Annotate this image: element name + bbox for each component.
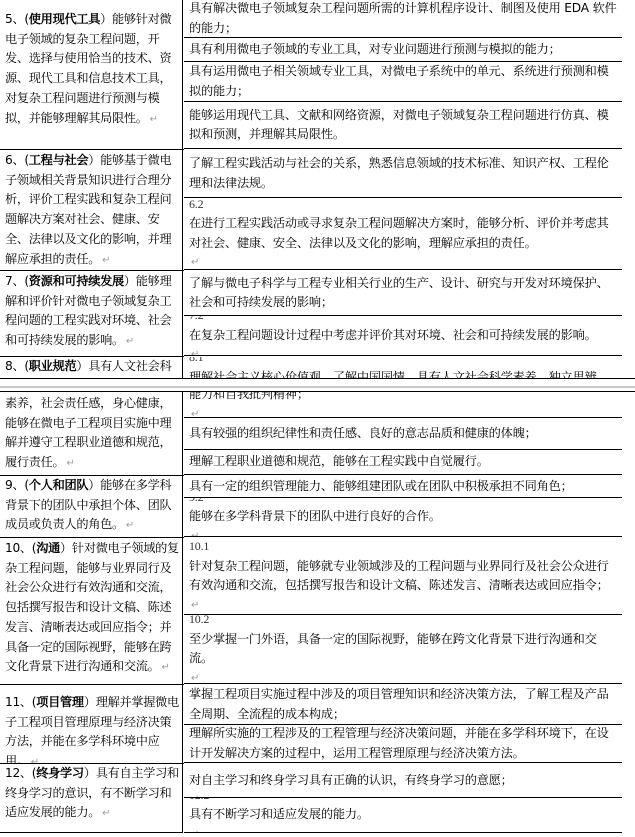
requirement-8-cell-part1: 8、(职业规范）具有人文社会科学 — [0, 357, 183, 378]
indicator-11-2: 11.2 理解所实施的工程涉及的工程管理与经济决策问题，并能在多学科环境下，在设… — [184, 725, 622, 763]
paragraph-mark-icon: ↵ — [126, 520, 134, 531]
indicator-text: 了解与微电子科学与工程专业相关行业的生产、设计、研究与开发对环境保护、社会和可持… — [189, 274, 619, 313]
paragraph-mark-icon: ↵ — [150, 114, 158, 125]
indicator-number: 8.1 — [189, 357, 597, 368]
indicator-text: 能力和自我批判精神； — [189, 392, 309, 405]
indicator-text: 对自主学习和终身学习具有正确的认识，有终身学习的意愿； — [189, 771, 513, 791]
indicator-text: 了解工程实践活动与社会的关系，熟悉信息领域的技术标准、知识产权、工程伦理和法律法… — [189, 154, 619, 193]
paragraph-mark-icon: ↵ — [191, 145, 619, 150]
requirement-text: ）能够针对微电子领域的复杂工程问题，开发、选择与使用恰当的技术、资源、现代工具和… — [5, 12, 171, 125]
indicator-text: 具有解决微电子领域复杂工程问题所需的计算机程序设计、制图及使用 EDA 软件的能… — [189, 0, 619, 38]
paragraph-mark-icon: ↵ — [191, 790, 513, 798]
paragraph-mark-icon: ↵ — [102, 808, 110, 819]
paragraph-mark-icon: ↵ — [191, 472, 489, 475]
paragraph-mark-icon: ↵ — [191, 345, 597, 356]
requirement-11-cell: 11、(项目管理）理解并掌握微电子工程项目管理原理与经济决策方法，并能在多学科环… — [0, 685, 183, 763]
requirement-title: 终身学习 — [36, 766, 84, 780]
indicator-9-2: 9.2 能够在多学科背景下的团队中进行良好的合作。↵ — [184, 498, 622, 537]
page-break-divider — [0, 386, 635, 388]
requirement-7-cell: 7、(资源和可持续发展）能够理解和评价针对微电子领域复杂工程问题的工程实践对环境… — [0, 271, 183, 356]
indicator-text: 具有利用微电子领域的专业工具，对专业问题进行预测与模拟的能力； — [189, 40, 561, 60]
indicator-text: 能够在多学科背景下的团队中进行良好的合作。 — [189, 507, 441, 527]
page-bottom-border — [0, 378, 635, 379]
indicator-8-3: 8.3 理解工程职业道德和规范，能够在工程实践中自觉履行。↵ — [184, 450, 622, 475]
requirement-text: 素养，社会责任感，身心健康，能够在微电子工程项目实施中理解并遵守工程职业道德和规… — [5, 396, 171, 469]
paragraph-mark-icon: ↵ — [191, 405, 309, 419]
indicator-number: 10.2 — [189, 615, 619, 630]
requirement-prefix: 8、( — [5, 359, 29, 373]
requirement-prefix: 5、( — [5, 12, 29, 26]
indicator-text: 具有不断学习和适应发展的能力。 — [189, 805, 369, 825]
requirement-5-cell: 5、(使用现代工具）能够针对微电子领域的复杂工程问题，开发、选择与使用恰当的技术… — [0, 0, 183, 149]
requirement-title: 使用现代工具 — [29, 12, 100, 26]
indicator-number: 9.2 — [189, 498, 441, 507]
paragraph-mark-icon: ↵ — [126, 336, 134, 347]
indicator-number: 6.2 — [189, 198, 619, 214]
indicator-text: 理解社会主义核心价值观，了解中国国情，具有人文社会科学素养、独立思辨 — [189, 368, 597, 379]
indicator-12-2: 12.2 具有不断学习和适应发展的能力。↵ — [184, 798, 622, 833]
indicator-number: 7.2 — [189, 316, 597, 326]
indicator-5-3: 5.3 具有运用微电子相关领域专业工具，对微电子系统中的单元、系统进行预测和模拟… — [184, 62, 622, 102]
paragraph-mark-icon: ↵ — [162, 662, 170, 673]
indicator-text: 具有一定的组织管理能力、能够组建团队或在团队中积极承担不同角色； — [189, 477, 573, 497]
requirement-prefix: 12、( — [5, 766, 36, 780]
requirement-prefix: 6、( — [5, 153, 29, 167]
indicator-text: 掌握工程项目实施过程中涉及的项目管理知识和经济决策方法，了解工程及产品全周期、全… — [189, 685, 619, 724]
indicator-10-1: 10.1 针对复杂工程问题，能够就专业领域涉及的工程问题与业界同行及社会公众进行… — [184, 538, 622, 615]
indicator-10-2: 10.2 至少掌握一门外语，具备一定的国际视野，能够在跨文化背景下进行沟通和交流… — [184, 615, 622, 684]
requirement-prefix: 9、( — [5, 478, 29, 492]
indicator-text: 在进行工程实践活动或寻求复杂工程问题解决方案时，能够分析、评价并考虑其对社会、健… — [189, 214, 619, 253]
requirement-title: 资源和可持续发展 — [29, 274, 124, 288]
indicator-text: 在复杂工程问题设计过程中考虑并评价其对环境、社会和可持续发展的影响。 — [189, 326, 597, 346]
indicator-5-4: 5.4 能够运用现代工具、文献和网络资源，对微电子领域复杂工程问题进行仿真、模拟… — [184, 102, 622, 149]
indicator-7-2: 7.2 在复杂工程问题设计过程中考虑并评价其对环境、社会和可持续发展的影响。↵ — [184, 316, 622, 356]
requirement-title: 项目管理 — [36, 695, 84, 709]
indicator-6-1: 6.1 了解工程实践活动与社会的关系，熟悉信息领域的技术标准、知识产权、工程伦理… — [184, 150, 622, 198]
paragraph-mark-icon: ↵ — [66, 458, 74, 469]
indicator-9-1: 9.1 具有一定的组织管理能力、能够组建团队或在团队中积极承担不同角色；↵ — [184, 476, 622, 498]
indicator-text: 理解工程职业道德和规范，能够在工程实践中自觉履行。 — [189, 452, 489, 472]
indicator-11-1: 11.1 掌握工程项目实施过程中涉及的项目管理知识和经济决策方法，了解工程及产品… — [184, 685, 622, 725]
requirement-prefix: 11、( — [5, 695, 36, 709]
indicator-5-2: 5.2 具有利用微电子领域的专业工具，对专业问题进行预测与模拟的能力；↵ — [184, 38, 622, 62]
indicator-12-1: 12.1 对自主学习和终身学习具有正确的认识，有终身学习的意愿；↵ — [184, 764, 622, 798]
requirement-text: ）能够基于微电子领域相关背景知识进行合理分析，评价工程实践和复杂工程问题解决方案… — [5, 153, 171, 266]
indicator-5-1: 5.1 具有解决微电子领域复杂工程问题所需的计算机程序设计、制图及使用 EDA … — [184, 0, 622, 38]
indicator-text: 能够运用现代工具、文献和网络资源，对微电子领域复杂工程问题进行仿真、模拟和预测，… — [189, 106, 619, 145]
requirement-9-cell: 9、(个人和团队）能够在多学科背景下的团队中承担个体、团队成员或负责人的角色。↵ — [0, 476, 183, 537]
indicator-text: 至少掌握一门外语，具备一定的国际视野，能够在跨文化背景下进行沟通和交流。 — [189, 630, 619, 669]
table-page-2: 素养，社会责任感，身心健康，能够在微电子工程项目实施中理解并遵守工程职业道德和规… — [0, 392, 635, 837]
paragraph-mark-icon: ↵ — [191, 596, 619, 616]
indicator-8-1-part1: 8.1 理解社会主义核心价值观，了解中国国情，具有人文社会科学素养、独立思辨 — [184, 357, 622, 378]
requirement-8-cell-part2: 素养，社会责任感，身心健康，能够在微电子工程项目实施中理解并遵守工程职业道德和规… — [0, 392, 183, 475]
indicator-6-2: 6.2 在进行工程实践活动或寻求复杂工程问题解决方案时，能够分析、评价并考虑其对… — [184, 198, 622, 270]
indicator-text: 针对复杂工程问题，能够就专业领域涉及的工程问题与业界同行及社会公众进行有效沟通和… — [189, 557, 619, 596]
requirement-text: ）针对微电子领域的复杂工程问题，能够与业界同行及社会公众进行有效沟通和交流，包括… — [5, 541, 179, 673]
indicator-number: 12.2 — [189, 798, 369, 805]
paragraph-mark-icon: ↵ — [191, 669, 619, 685]
requirement-title: 职业规范 — [29, 359, 77, 373]
requirement-title: 沟通 — [36, 541, 60, 555]
requirement-10-cell: 10、(沟通）针对微电子领域的复杂工程问题，能够与业界同行及社会公众进行有效沟通… — [0, 538, 183, 684]
indicator-text: 具有较强的组织纪律性和责任感、良好的意志品质和健康的体魄； — [189, 424, 537, 444]
indicator-8-2: 8.2 具有较强的组织纪律性和责任感、良好的意志品质和健康的体魄；↵ — [184, 418, 622, 450]
paragraph-mark-icon: ↵ — [191, 825, 369, 833]
indicator-text: 理解所实施的工程涉及的工程管理与经济决策问题，并能在多学科环境下，在设计开发解决… — [189, 725, 619, 763]
indicator-number: 12.1 — [189, 764, 513, 771]
indicator-text: 具有运用微电子相关领域专业工具，对微电子系统中的单元、系统进行预测和模拟的能力； — [189, 62, 619, 101]
requirement-title: 个人和团队 — [29, 478, 88, 492]
requirement-prefix: 7、( — [5, 274, 29, 288]
indicator-7-1: 7.1 了解与微电子科学与工程专业相关行业的生产、设计、研究与开发对环境保护、社… — [184, 271, 622, 316]
requirement-title: 工程与社会 — [29, 153, 88, 167]
indicator-number: 10.1 — [189, 538, 619, 557]
requirement-6-cell: 6、(工程与社会）能够基于微电子领域相关背景知识进行合理分析，评价工程实践和复杂… — [0, 150, 183, 270]
requirement-12-cell: 12、(终身学习）具有自主学习和终身学习的意识，有不断学习和适应发展的能力。↵ — [0, 764, 183, 833]
paragraph-mark-icon: ↵ — [191, 253, 619, 270]
paragraph-mark-icon: ↵ — [191, 527, 441, 537]
table-page-1: 5、(使用现代工具）能够针对微电子领域的复杂工程问题，开发、选择与使用恰当的技术… — [0, 0, 635, 378]
paragraph-mark-icon: ↵ — [102, 255, 110, 266]
paragraph-mark-icon: ↵ — [191, 443, 537, 450]
indicator-8-1-part2: 能力和自我批判精神；↵ — [184, 392, 622, 418]
requirement-prefix: 10、( — [5, 541, 36, 555]
